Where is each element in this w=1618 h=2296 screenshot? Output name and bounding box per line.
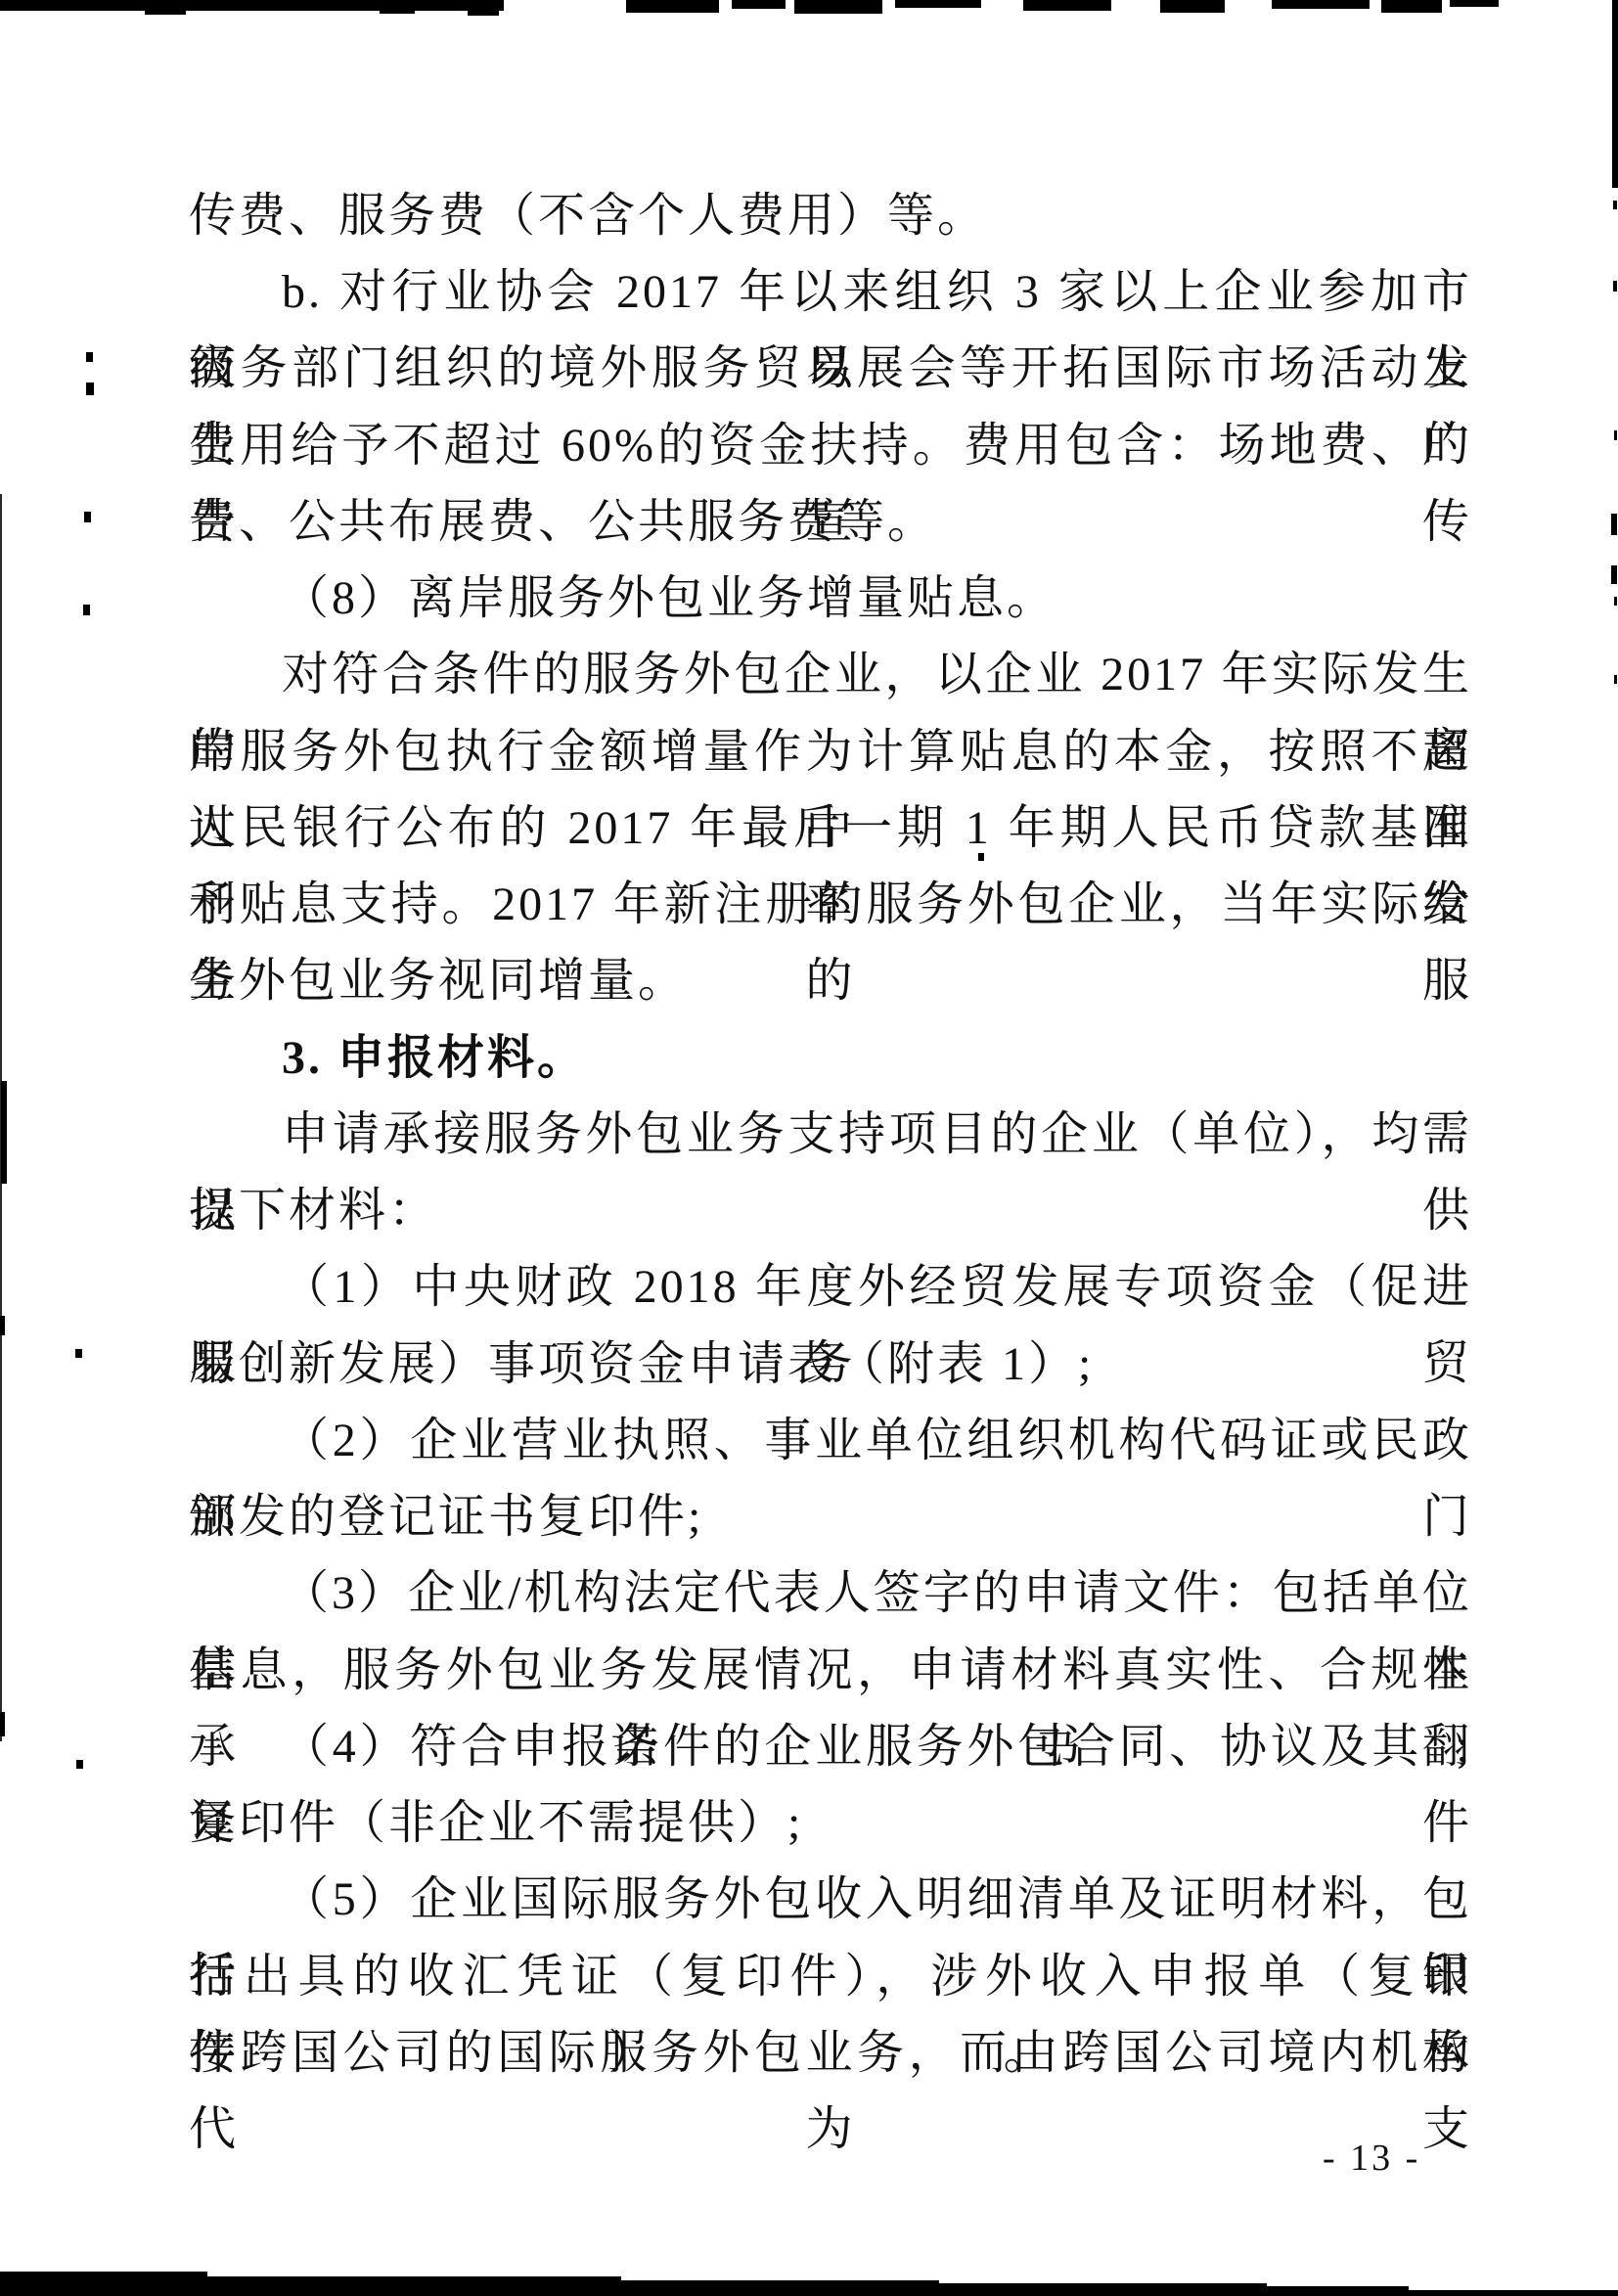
text-line: 接跨国公司的国际服务外包业务，而由跨国公司境内机构代为支: [189, 2015, 1472, 2092]
scan-artifact: [1614, 675, 1617, 684]
text-line: （3）企业/机构法定代表人签字的申请文件：包括单位基本: [189, 1555, 1472, 1632]
scan-artifact: [1381, 0, 1442, 13]
text-line: （4）符合申报条件的企业服务外包合同、协议及其翻译件: [189, 1709, 1472, 1785]
text-line: 予贴息支持。2017 年新注册的服务外包企业，当年实际发生的服: [189, 867, 1472, 943]
text-line: 务外包业务视同增量。: [189, 943, 1472, 1019]
scan-artifact: [1450, 0, 1499, 7]
scan-artifact: [75, 1349, 82, 1358]
text-line: 商务部门组织的境外服务贸易展会等开拓国际市场活动发生的: [189, 331, 1472, 407]
section-heading: 3. 申报材料。: [189, 1020, 1472, 1097]
text-line: 复印件（非企业不需提供）;: [189, 1785, 1472, 1862]
scan-artifact: [616, 2280, 939, 2296]
scan-artifact: [86, 383, 94, 395]
scan-artifact: [794, 0, 882, 14]
text-line: b. 对行业协会 2017 年以来组织 3 家以上企业参加市级以上: [189, 254, 1472, 331]
scan-artifact: [0, 2272, 207, 2296]
scan-artifact: [626, 0, 719, 13]
scan-artifact: [0, 1712, 5, 1736]
text-line: 易创新发展）事项资金申请表（附表 1）;: [189, 1327, 1472, 1403]
scan-artifact: [84, 512, 91, 522]
scan-artifact: [895, 0, 981, 8]
text-line: （8）离岸服务外包业务增量贴息。: [189, 561, 1472, 637]
scan-artifact: [1160, 0, 1225, 13]
scan-artifact: [1397, 2290, 1618, 2296]
text-line: 对符合条件的服务外包企业，以企业 2017 年实际发生的离: [189, 637, 1472, 713]
text-line: 人民银行公布的 2017 年最后一期 1 年期人民币贷款基准利率给: [189, 790, 1472, 867]
text-line: 费、公共布展费、公共服务费等。: [189, 484, 1472, 561]
scan-artifact: [468, 8, 499, 16]
scan-artifact: [1023, 0, 1111, 11]
scan-artifact: [934, 2283, 1267, 2296]
scan-artifact: [1, 1081, 7, 1184]
scan-artifact: [1613, 281, 1617, 292]
scan-artifact: [1611, 514, 1617, 535]
scan-artifact: [1612, 0, 1618, 188]
scan-artifact: [1614, 430, 1617, 440]
scan-artifact: [201, 2276, 621, 2296]
scan-artifact: [380, 10, 415, 14]
text-line: 行出具的收汇凭证（复印件），涉外收入申报单（复印件）。承: [189, 1939, 1472, 2015]
scan-artifact: [145, 11, 186, 15]
scan-artifact: [83, 605, 90, 615]
scan-artifact: [1272, 0, 1370, 9]
scan-artifact: [86, 352, 93, 362]
text-line: 信息，服务外包业务发展情况，申请材料真实性、合规性承诺书;: [189, 1633, 1472, 1709]
scan-artifact: [1611, 565, 1617, 584]
text-line: 申请承接服务外包业务支持项目的企业（单位），均需提供: [189, 1097, 1472, 1173]
scan-artifact: [978, 853, 984, 861]
scan-artifact: [732, 0, 786, 9]
scan-artifact: [76, 1760, 83, 1769]
document-page: 传费、服务费（不含个人费用）等。 b. 对行业协会 2017 年以来组织 3 家…: [0, 0, 1618, 2296]
scan-artifact: [1260, 2286, 1409, 2296]
scan-artifact: [0, 0, 504, 11]
scan-artifact: [1614, 597, 1617, 606]
page-number: - 13 -: [1323, 2138, 1420, 2178]
text-line: （1）中央财政 2018 年度外经贸发展专项资金（促进服务贸: [189, 1249, 1472, 1326]
text-line: （2）企业营业执照、事业单位组织机构代码证或民政部门: [189, 1403, 1472, 1479]
text-line: 颁发的登记证书复印件;: [189, 1479, 1472, 1555]
text-line: 以下材料：: [189, 1173, 1472, 1249]
scan-artifact: [1613, 201, 1617, 209]
text-line: 岸服务外包执行金额增量作为计算贴息的本金，按照不超过中国: [189, 714, 1472, 790]
text-line: 传费、服务费（不含个人费用）等。: [189, 178, 1472, 254]
text-line: 费用给予不超过 60%的资金扶持。费用包含：场地费、广告宣传: [189, 408, 1472, 484]
scan-artifact: [0, 1316, 5, 1335]
text-line: （5）企业国际服务外包收入明细清单及证明材料，包括银: [189, 1862, 1472, 1938]
